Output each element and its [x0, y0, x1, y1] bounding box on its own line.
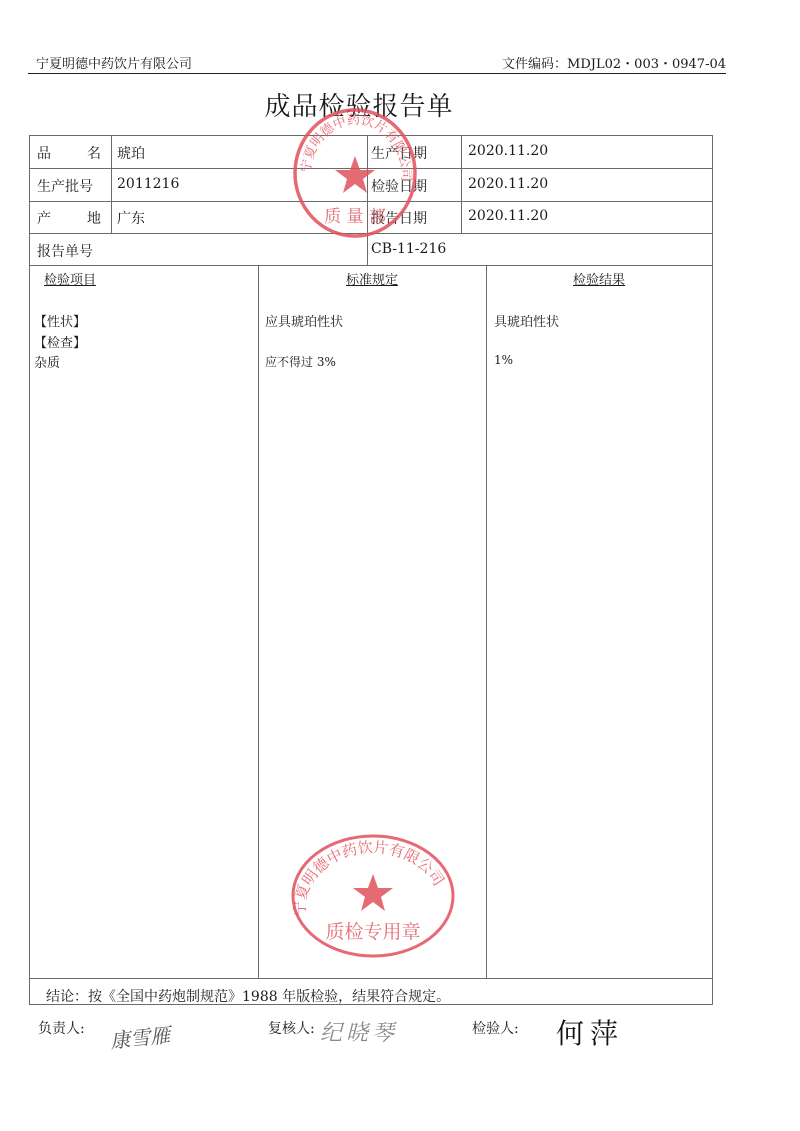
conclusion: 结论：按《全国中药炮制规范》1988 年版检验，结果符合规定。	[46, 986, 450, 1006]
col-header-standard: 标准规定	[258, 269, 486, 288]
item-characters: 【性状】	[34, 311, 86, 330]
col-header-result: 检验结果	[486, 269, 712, 288]
row-divider	[30, 233, 712, 234]
responsible-label: 负责人:	[38, 1018, 85, 1038]
origin-value: 广东	[117, 208, 145, 228]
report-date-value: 2020.11.20	[468, 208, 548, 224]
col-divider	[461, 136, 462, 233]
product-name-label: 品名	[37, 143, 101, 163]
report-date-label: 报告日期	[371, 208, 427, 228]
batch-no-value: 2011216	[117, 176, 179, 192]
production-date-label: 生产日期	[371, 143, 427, 163]
inspection-date-value: 2020.11.20	[468, 176, 548, 192]
col-divider	[367, 136, 368, 265]
col-divider	[486, 265, 487, 978]
row-divider	[30, 265, 712, 266]
reviewer-label: 复核人:	[268, 1018, 315, 1038]
document-code: 文件编码：MDJL02・003・0947-04	[502, 53, 726, 72]
batch-no-label: 生产批号	[37, 176, 93, 196]
row-divider	[30, 978, 712, 979]
result-impurity: 1%	[494, 353, 513, 367]
row-divider	[30, 168, 712, 169]
inspector-label: 检验人:	[472, 1018, 519, 1038]
item-check: 【检查】	[34, 332, 86, 351]
col-divider	[111, 136, 112, 233]
item-impurity: 杂质	[34, 352, 60, 371]
standard-impurity: 应不得过 3%	[265, 353, 336, 370]
result-characters: 具琥珀性状	[494, 311, 559, 330]
row-divider	[30, 201, 712, 202]
standard-characters: 应具琥珀性状	[265, 311, 343, 330]
page-title: 成品检验报告单	[0, 86, 718, 123]
col-header-item: 检验项目	[44, 269, 96, 288]
col-divider	[258, 265, 259, 978]
report-no-value: CB-11-216	[371, 241, 446, 257]
origin-label: 产地	[37, 208, 101, 228]
report-table: 品名 琥珀 生产批号 2011216 产地 广东 报告单号 CB-11-216 …	[29, 135, 713, 1005]
production-date-value: 2020.11.20	[468, 143, 548, 159]
reviewer-signature: 纪晓琴	[320, 1016, 398, 1047]
header-rule	[28, 73, 726, 74]
responsible-signature: 康雪雁	[109, 1019, 172, 1054]
report-no-label: 报告单号	[37, 241, 93, 261]
inspector-signature: 何萍	[556, 1012, 624, 1052]
inspection-date-label: 检验日期	[371, 176, 427, 196]
company-name: 宁夏明德中药饮片有限公司	[36, 53, 192, 72]
product-name-value: 琥珀	[117, 143, 145, 163]
